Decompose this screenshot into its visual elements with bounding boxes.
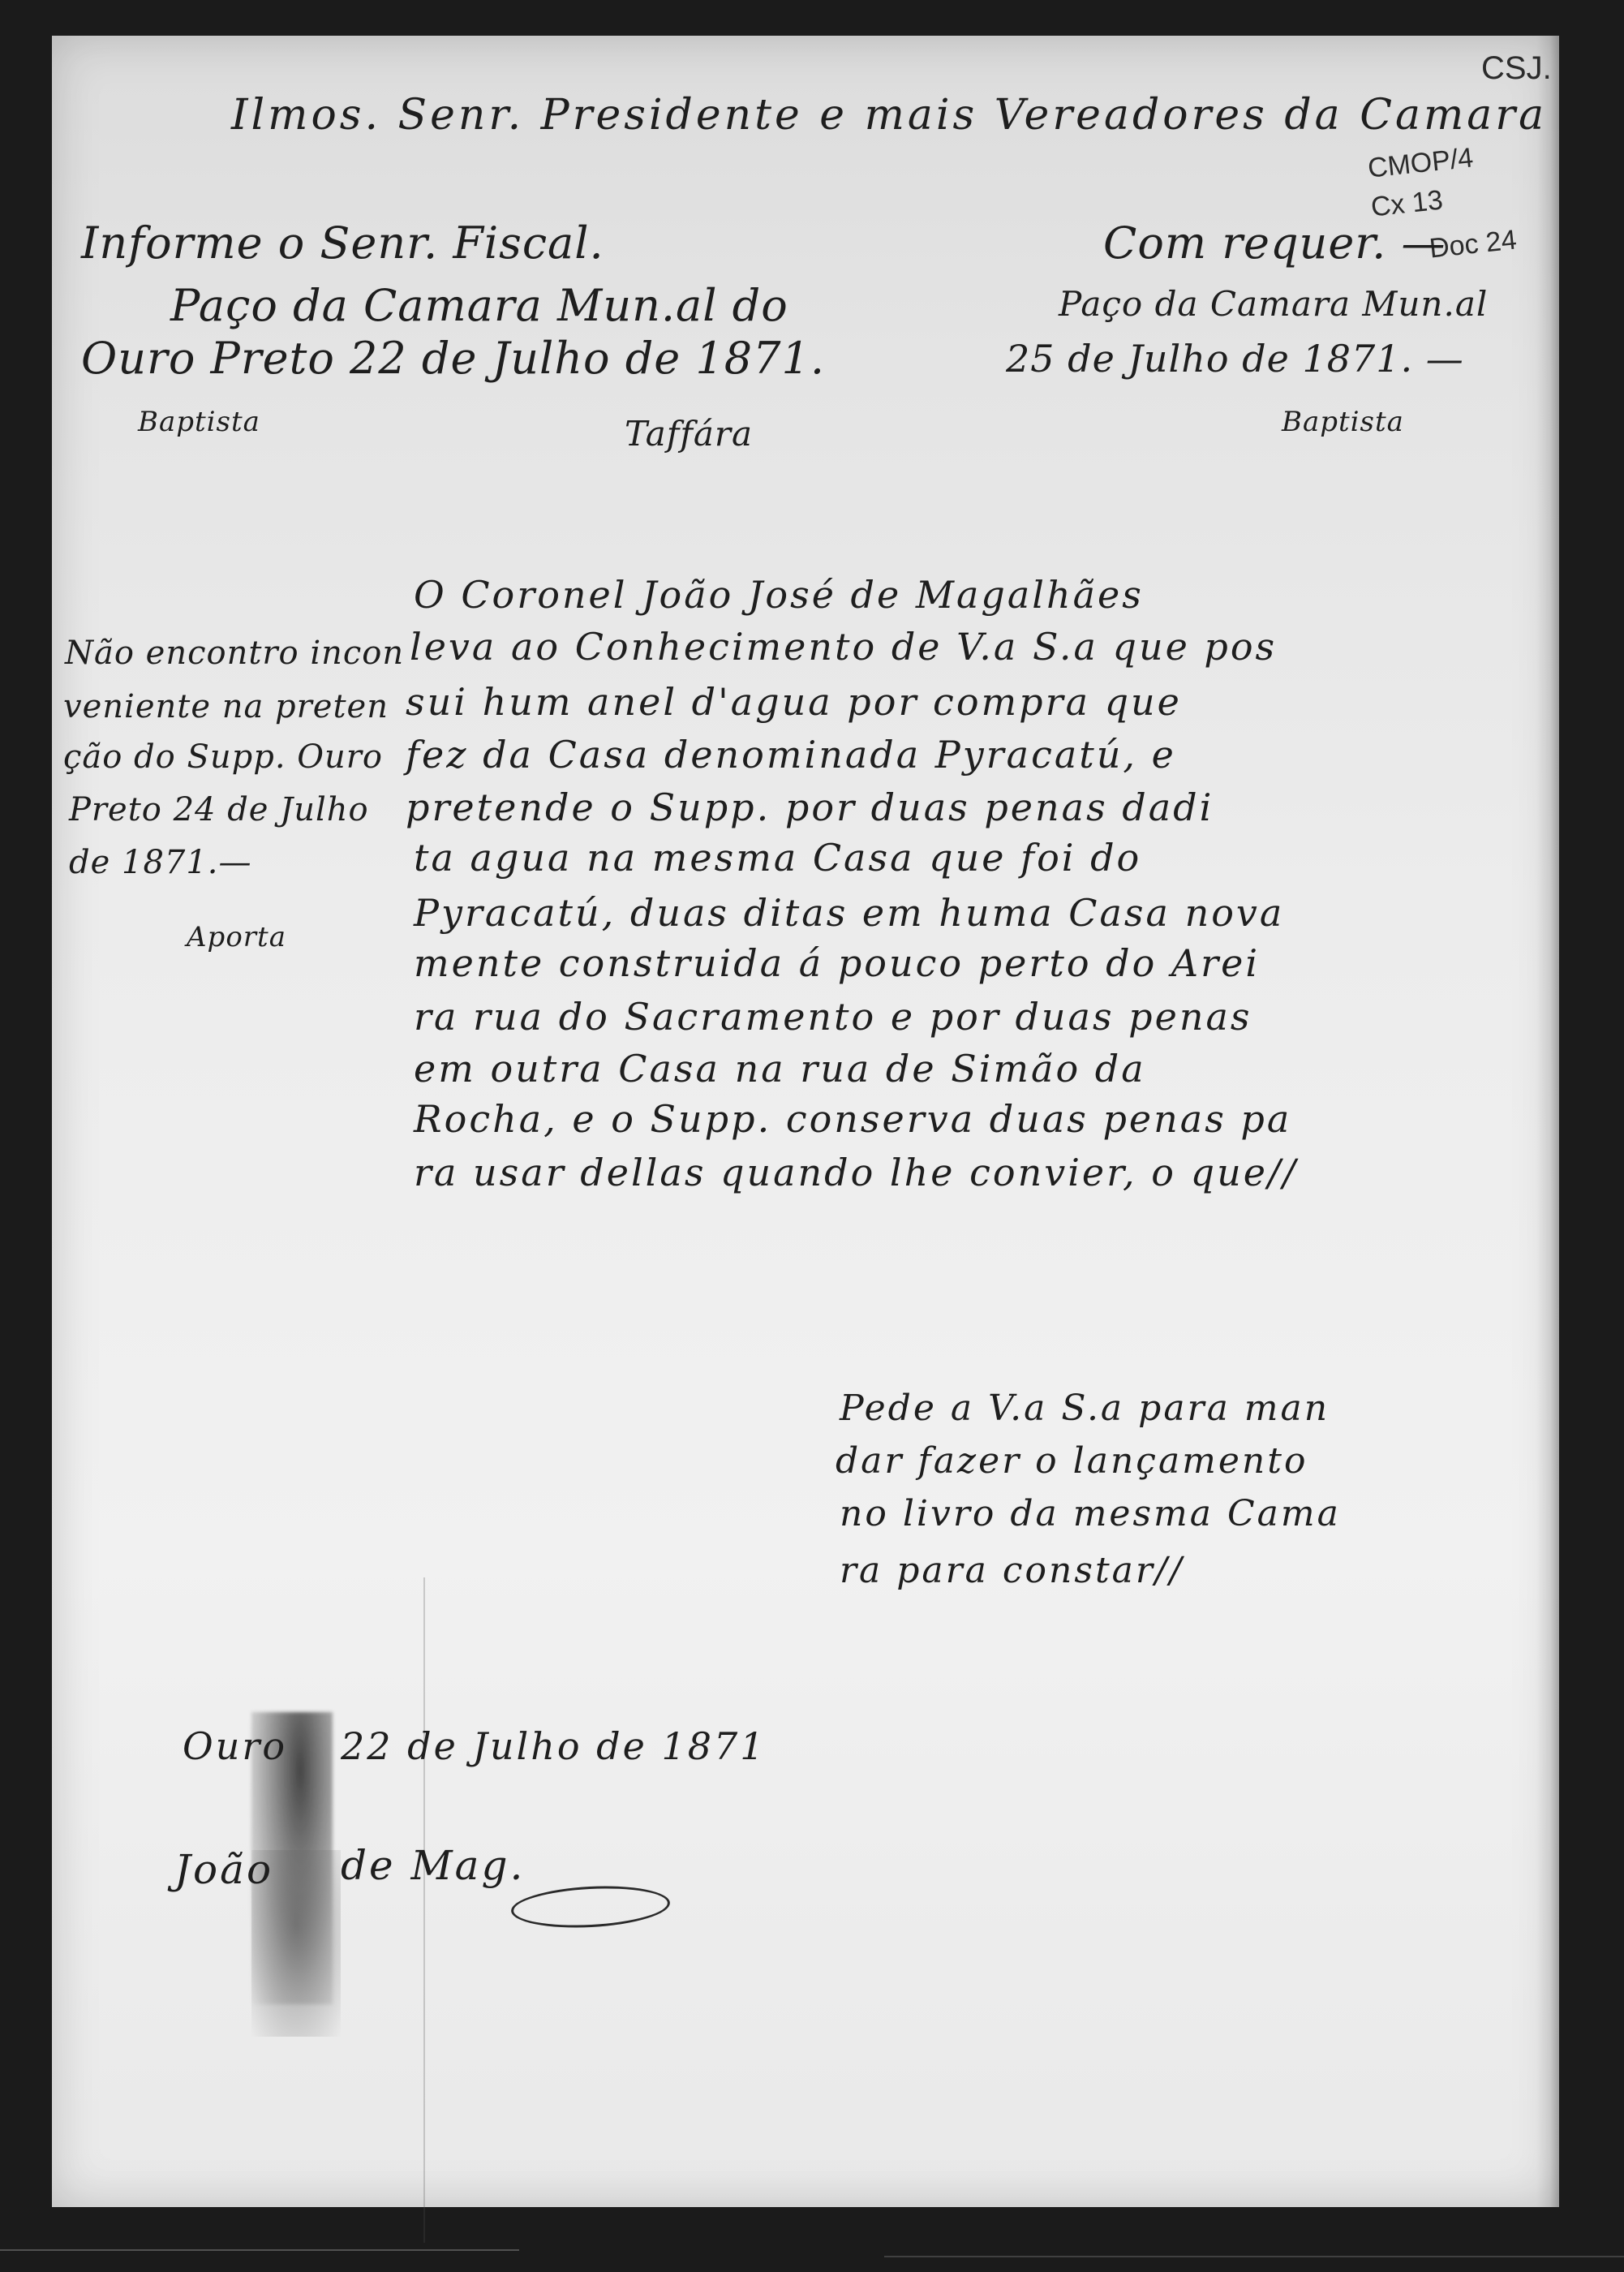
despacho-left-line-3: Ouro Preto 22 de Julho de 1871.: [81, 333, 825, 384]
body-line-6: ta agua na mesma Casa que foi do: [414, 836, 1141, 880]
petition-close-line-1: Pede a V.a S.a para man: [840, 1388, 1330, 1429]
despacho-left-line-1: Informe o Senr. Fiscal.: [81, 217, 604, 269]
despacho-left-signature-2: Taffára: [625, 414, 753, 454]
margin-note-line-2: veniente na preten: [63, 688, 389, 725]
petition-close-line-4: ra para constar//: [840, 1550, 1184, 1591]
body-line-4: fez da Casa denominada Pyracatú, e: [406, 733, 1176, 777]
body-line-7: Pyracatú, duas ditas em huma Casa nova: [414, 891, 1284, 935]
closing-signature-last: de Mag.: [341, 1842, 525, 1889]
despacho-right-signature: Baptista: [1282, 406, 1404, 438]
salutation: Ilmos. Senr. Presidente e mais Vereadore…: [231, 91, 1547, 140]
margin-note-line-1: Não encontro incon: [65, 635, 404, 672]
despacho-right-line-3: 25 de Julho de 1871. —: [1006, 337, 1464, 381]
body-line-2: leva ao Conhecimento de V.a S.a que pos: [410, 625, 1277, 669]
despacho-right-line-1: Com requer. —: [1103, 217, 1446, 269]
body-line-5: pretende o Supp. por duas penas dadi: [406, 785, 1214, 829]
closing-date: 22 de Julho de 1871: [341, 1724, 767, 1768]
closing-signature-first: João: [174, 1846, 273, 1893]
petition-close-line-2: dar fazer o lançamento: [836, 1440, 1308, 1482]
margin-note-line-4: Preto 24 de Julho: [69, 791, 369, 828]
despacho-left-line-2: Paço da Camara Mun.al do: [170, 280, 788, 331]
body-line-8: mente construida á pouco perto do Arei: [414, 941, 1260, 985]
body-line-12: ra usar dellas quando lhe convier, o que…: [414, 1151, 1298, 1194]
scan-artifact-line: [884, 2256, 1624, 2257]
margin-note-line-3: ção do Supp. Ouro: [63, 738, 383, 776]
body-line-10: em outra Casa na rua de Simão da: [414, 1047, 1146, 1091]
body-line-3: sui hum anel d'agua por compra que: [406, 680, 1182, 724]
body-line-9: ra rua do Sacramento e por duas penas: [414, 995, 1252, 1039]
body-line-1: O Coronel João José de Magalhães: [414, 573, 1144, 617]
scan-artifact-line: [0, 2249, 519, 2251]
closing-place: Ouro: [183, 1724, 287, 1768]
despacho-right-line-2: Paço da Camara Mun.al: [1059, 284, 1488, 324]
fold-line: [423, 1577, 425, 2243]
margin-note-signature: Aporta: [187, 921, 286, 953]
archive-mark-series: CSJ.: [1481, 50, 1552, 87]
body-line-11: Rocha, e o Supp. conserva duas penas pa: [414, 1097, 1291, 1141]
margin-note-line-5: de 1871.—: [69, 844, 252, 881]
despacho-left-signature: Baptista: [138, 406, 260, 438]
petition-close-line-3: no livro da mesma Cama: [840, 1493, 1341, 1534]
